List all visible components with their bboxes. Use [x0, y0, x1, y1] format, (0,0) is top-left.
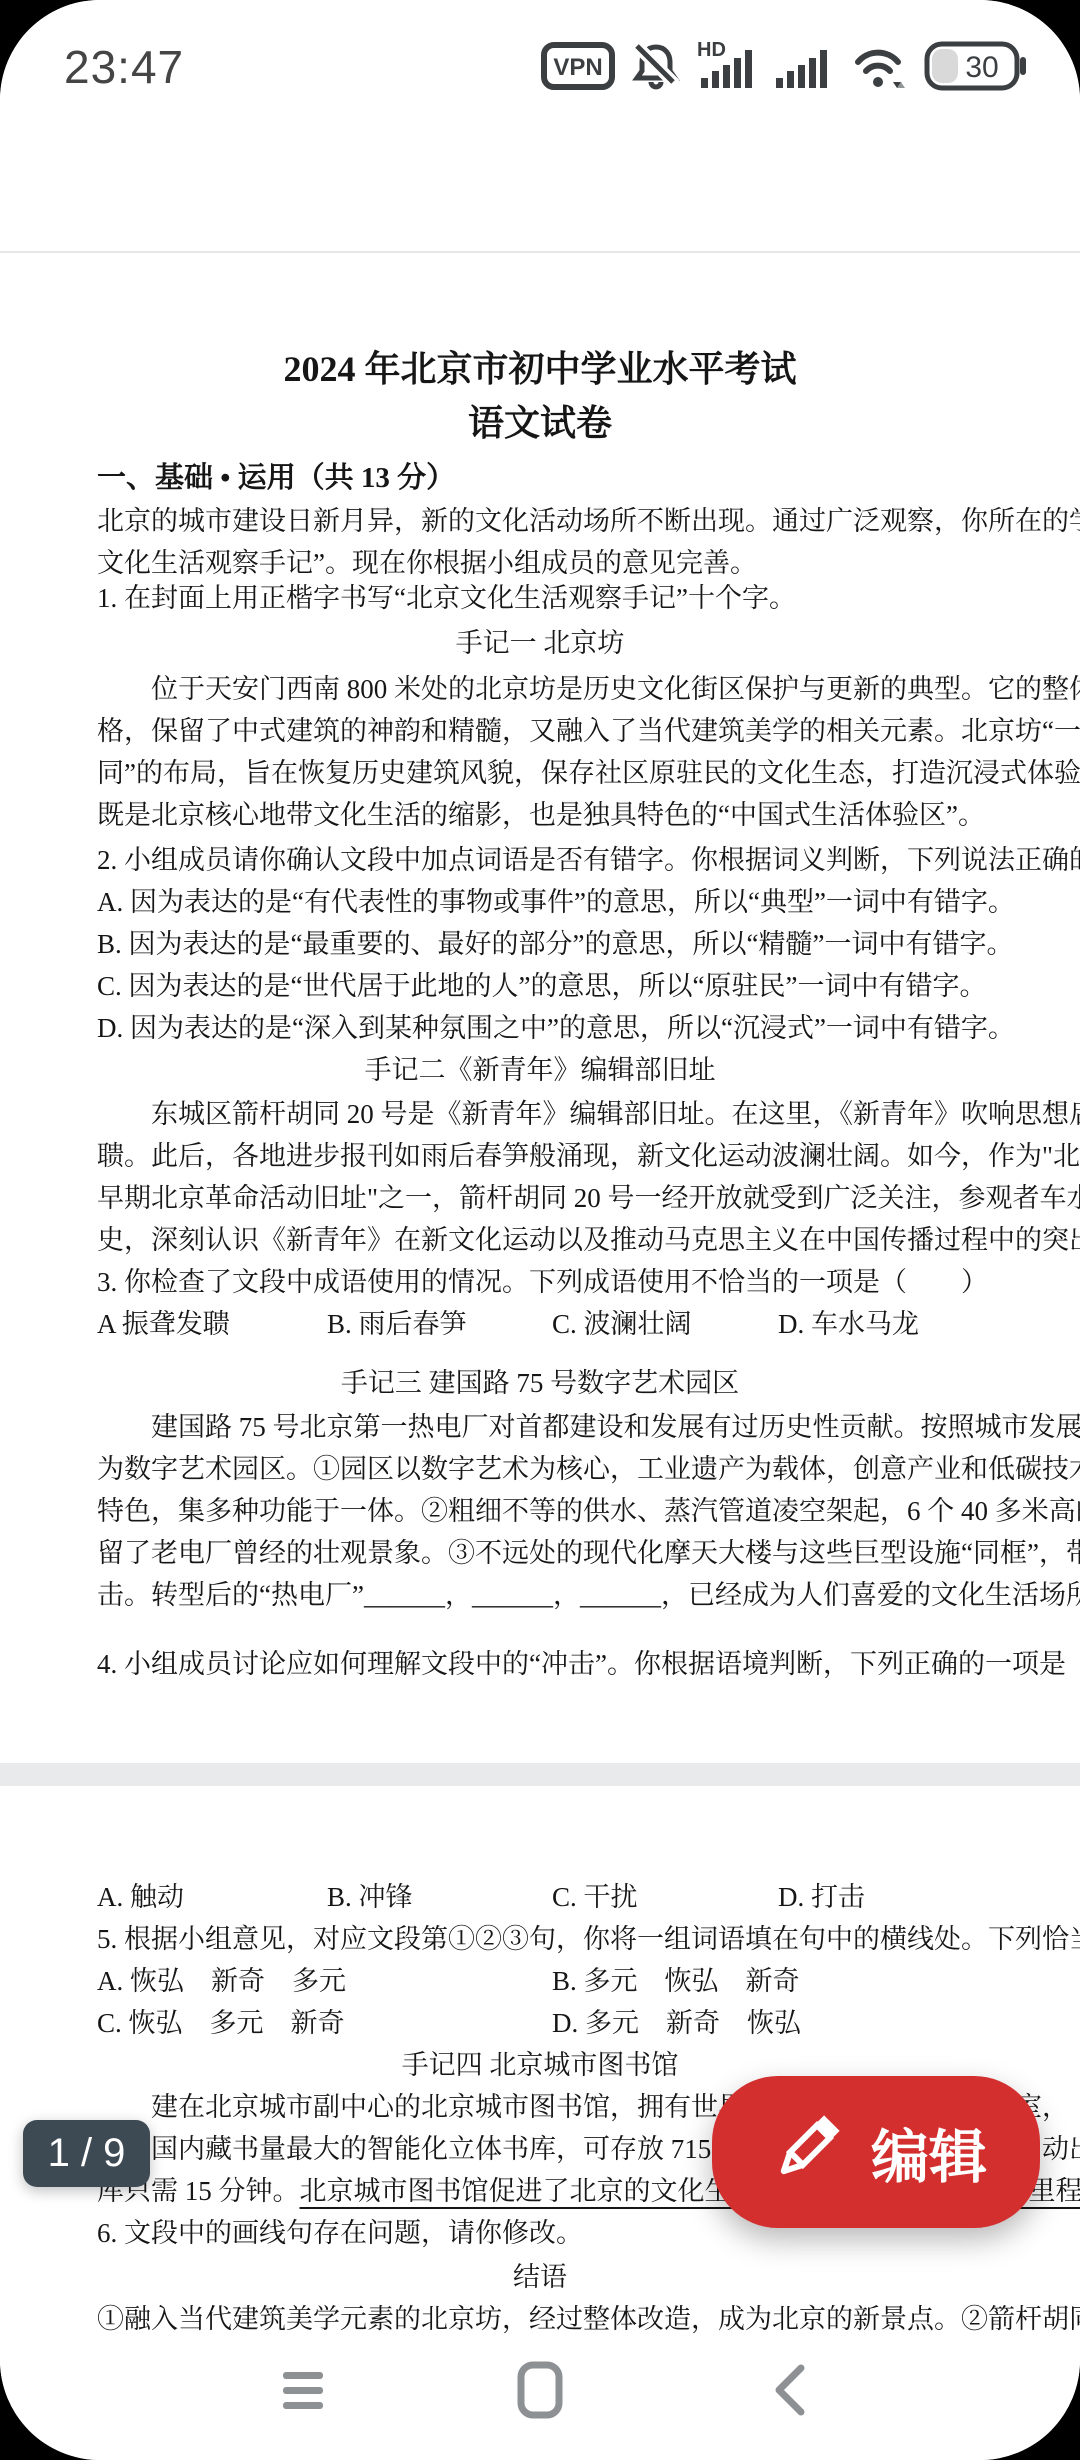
battery-icon: 30	[924, 39, 1028, 93]
question-5-options-row1: A. 恢弘 新奇 多元 B. 多元 恢弘 新奇	[97, 1960, 1015, 2002]
section-heading: 一、基础 • 运用（共 13 分）	[97, 457, 1015, 499]
svg-text:VPN: VPN	[553, 54, 602, 81]
doc-line: 同”的布局，旨在恢复历史建筑风貌，保存社区原驻民的文化生态，打造沉浸式体验的商业…	[97, 752, 1015, 794]
option: B. 冲锋	[327, 1876, 413, 1918]
svg-text:30: 30	[965, 51, 998, 84]
edit-button[interactable]: 编辑	[712, 2076, 1040, 2228]
closing-heading: 结语	[0, 2256, 1080, 2298]
doc-line: 史，深刻认识《新青年》在新文化运动以及推动马克思主义在中国传播过程中的突出作用。	[97, 1219, 1015, 1261]
option: A. 恢弘 新奇 多元	[97, 1960, 346, 2002]
option: C. 波澜壮阔	[552, 1303, 692, 1345]
doc-line: 早期北京革命活动旧址"之一，箭杆胡同 20 号一经开放就受到广泛关注，参观者车水…	[97, 1177, 1015, 1219]
app-screen: 23:47 VPN HD	[0, 0, 1080, 2460]
signal-icon	[776, 38, 836, 94]
notifications-muted-icon	[630, 40, 682, 92]
option-line: B. 因为表达的是“最重要的、最好的部分”的意思，所以“精髓”一词中有错字。	[97, 923, 1015, 965]
doc-line: 北京的城市建设日新月异，新的文化活动场所不断出现。通过广泛观察，你所在的学习小组…	[97, 500, 1015, 542]
nav-menu-button[interactable]	[271, 2358, 335, 2422]
page-indicator: 1 / 9	[23, 2120, 150, 2187]
note3-heading: 手记三 建国路 75 号数字艺术园区	[0, 1362, 1080, 1404]
doc-line: 东城区箭杆胡同 20 号是《新青年》编辑部旧址。在这里，《新青年》吹响思想启蒙的…	[97, 1093, 1069, 1135]
option: C. 干扰	[552, 1876, 638, 1918]
signal-hd-icon: HD	[697, 38, 761, 94]
doc-line: 特色，集多种功能于一体。②粗细不等的供水、蒸汽管道凌空架起，6 个 40 多米高…	[97, 1490, 1015, 1532]
option-line: C. 因为表达的是“世代居于此地的人”的意思，所以“原驻民”一词中有错字。	[97, 965, 1015, 1007]
option: D. 打击	[778, 1876, 865, 1918]
phone-frame: 23:47 VPN HD	[0, 0, 1080, 2460]
question-4: 4. 小组成员讨论应如何理解文段中的“冲击”。你根据语境判断，下列正确的一项是（…	[97, 1643, 1015, 1685]
android-nav-bar	[0, 2320, 1080, 2460]
question-5-options-row2: C. 恢弘 多元 新奇 D. 多元 新奇 恢弘	[97, 2002, 1015, 2044]
doc-line: 聩。此后，各地进步报刊如雨后春笋般涌现，新文化运动波澜壮阔。如今，作为"北大红楼…	[97, 1135, 1015, 1177]
question-5: 5. 根据小组意见，对应文段第①②③句，你将一组词语填在句中的横线处。下列恰当的…	[97, 1918, 1015, 1960]
question-4-options: A. 触动 B. 冲锋 C. 干扰 D. 打击	[97, 1876, 1015, 1918]
doc-line: 既是北京核心地带文化生活的缩影，也是独具特色的“中国式生活体验区”。	[97, 794, 1015, 836]
doc-line: 击。转型后的“热电厂”______，______，______，已经成为人们喜爱…	[97, 1574, 1015, 1616]
note1-heading: 手记一 北京坊	[0, 622, 1080, 664]
app-toolbar: 2024年…	[0, 130, 1080, 251]
option: B. 雨后春笋	[327, 1303, 467, 1345]
doc-line: 留了老电厂曾经的壮观景象。③不远处的现代化摩天大楼与这些巨型设施“同框”，带来强…	[97, 1532, 1015, 1574]
doc-line: 格，保留了中式建筑的神韵和精髓，又融入了当代建筑美学的相关元素。北京坊“一主街、…	[97, 710, 1015, 752]
option: B. 多元 恢弘 新奇	[552, 1960, 800, 2002]
edit-button-label: 编辑	[871, 2110, 987, 2194]
option-line: A. 因为表达的是“有代表性的事物或事件”的意思，所以“典型”一词中有错字。	[97, 881, 1015, 923]
status-bar: 23:47 VPN HD	[0, 0, 1080, 130]
option: A 振聋发聩	[97, 1303, 230, 1345]
wifi-icon	[851, 38, 909, 94]
page-gap	[0, 1763, 1080, 1786]
vpn-icon: VPN	[541, 40, 615, 92]
status-clock: 23:47	[64, 40, 184, 94]
question-3-options: A 振聋发聩 B. 雨后春笋 C. 波澜壮阔 D. 车水马龙	[97, 1303, 1015, 1345]
question-2: 2. 小组成员请你确认文段中加点词语是否有错字。你根据词义判断，下列说法正确的一…	[97, 839, 1015, 881]
note2-heading: 手记二《新青年》编辑部旧址	[0, 1049, 1080, 1091]
exam-title: 2024 年北京市初中学业水平考试	[0, 345, 1080, 393]
doc-line: 建国路 75 号北京第一热电厂对首都建设和发展有过历史性贡献。按照城市发展规划，…	[97, 1406, 1069, 1448]
pencil-icon	[765, 2110, 845, 2195]
nav-back-button[interactable]	[761, 2358, 825, 2422]
option: C. 恢弘 多元 新奇	[97, 2002, 345, 2044]
doc-line: 为数字艺术园区。①园区以数字艺术为核心，工业遗产为载体，创意产业和低碳技术为保障…	[97, 1448, 1015, 1490]
question-1: 1. 在封面上用正楷字书写“北京文化生活观察手记”十个字。	[97, 577, 1015, 619]
doc-line: 位于天安门西南 800 米处的北京坊是历史文化街区保护与更新的典型。它的整体设计…	[97, 668, 1069, 710]
question-3: 3. 你检查了文段中成语使用的情况。下列成语使用不恰当的一项是（ ）	[97, 1261, 1015, 1303]
option: A. 触动	[97, 1876, 184, 1918]
exam-subtitle: 语文试卷	[0, 399, 1080, 447]
status-icons: VPN HD	[541, 38, 1028, 94]
option: D. 车水马龙	[778, 1303, 919, 1345]
nav-home-button[interactable]	[508, 2358, 572, 2422]
option-line: D. 因为表达的是“深入到某种氛围之中”的意思，所以“沉浸式”一词中有错字。	[97, 1007, 1015, 1049]
option: D. 多元 新奇 恢弘	[552, 2002, 801, 2044]
svg-text:HD: HD	[697, 39, 726, 61]
